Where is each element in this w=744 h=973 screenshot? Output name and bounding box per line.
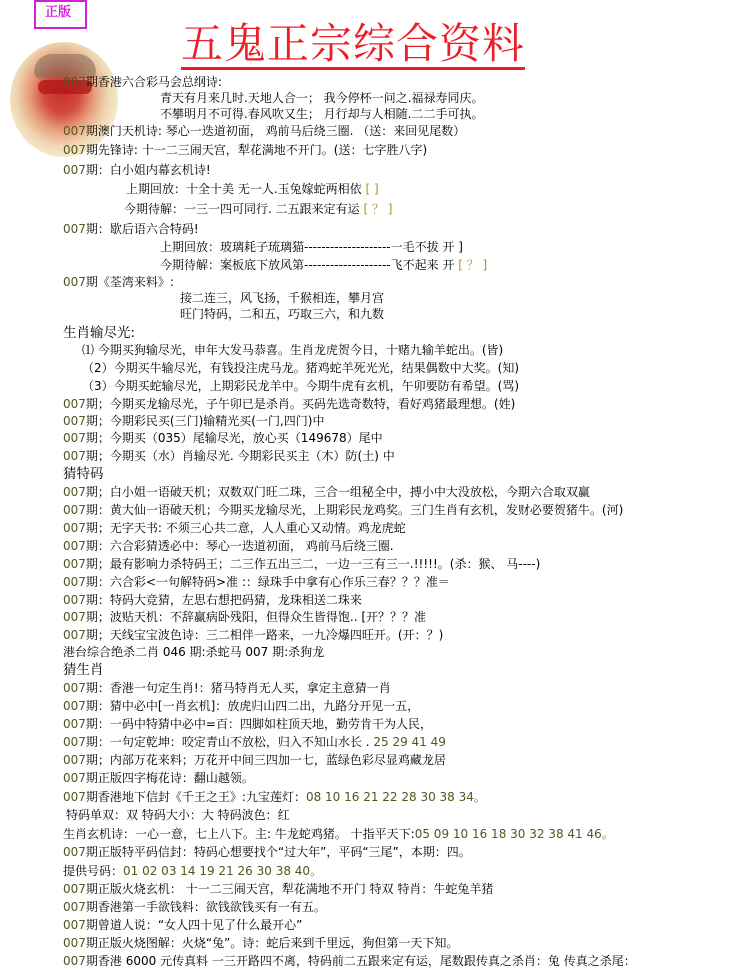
- page-title: 五鬼正宗综合资料: [181, 22, 525, 70]
- line-text: 期；今期买（035）尾输尽光，放心买（149678）尾中: [86, 431, 383, 445]
- content-line: （2）今期买牛输尽光，有钱投注虎马龙。猪鸡蛇羊死光光，结果偶数中大奖。(知): [82, 360, 519, 376]
- line-text: 期；今期彩民买(三门)输精光买(一门,四门)中: [86, 414, 325, 428]
- content-line: 007期：一码中特猜中必中=百：四脚如柱顶天地，勤劳肯干为人民，: [63, 716, 432, 732]
- issue-number: 007: [63, 936, 86, 950]
- line-text: 期正版特平码信封：特码心想要找个“过大年”，平码“三尾”，本期：四。: [86, 845, 471, 859]
- content-line: 007期曾道人说：“女人四十见了什么最开心”: [63, 917, 302, 933]
- issue-number: 007: [63, 771, 86, 785]
- line-text: 生肖玄机诗：一心一意，七上八下。主: 牛龙蛇鸡猪。 十指平天下:: [63, 827, 415, 841]
- line-text: 期曾道人说：“女人四十见了什么最开心”: [86, 918, 302, 932]
- content-line: 007期香港第一手欲钱料：欲钱欲钱买有一有五。: [63, 899, 326, 915]
- issue-number: 007: [63, 610, 86, 624]
- line-text: 港台综合绝杀二肖 046 期:杀蛇马 007 期:杀狗龙: [63, 645, 324, 659]
- issue-number: 007: [63, 397, 86, 411]
- answer-bracket: [ ？ ]: [363, 202, 392, 216]
- issue-number: 007: [63, 900, 86, 914]
- issue-number: 007: [63, 222, 86, 236]
- content-line: 007期；今期彩民买(三门)输精光买(一门,四门)中: [63, 413, 324, 429]
- issue-number: 007: [63, 628, 86, 642]
- line-text: 期：一句定乾坤：咬定青山不放松，归入不知山水长 .: [86, 735, 370, 749]
- content-line: 今期待解：案板底下放风第--------------------飞不起来 开 […: [160, 257, 487, 273]
- content-line: 不攀明月不可得.春风吹又生； 月行却与人相随.二二手可执。: [160, 106, 483, 122]
- line-text: 期澳门天机诗: 琴心一迭道初面， 鸡前马后绕三圈. （送：来回见尾数）: [86, 124, 465, 138]
- number-list: 25 29 41 49: [370, 735, 446, 749]
- issue-number: 007: [63, 918, 86, 932]
- line-text: （2）今期买牛输尽光，有钱投注虎马龙。猪鸡蛇羊死光光，结果偶数中大奖。(知): [82, 361, 519, 375]
- content-line: 007期：歇后语六合特码!: [63, 221, 199, 237]
- line-text: 期：黄大仙一语破天机；今期买龙输尽光，上期彩民龙鸡奖。三门生肖有玄机，发财必要贺…: [86, 503, 623, 517]
- line-text: 上期回放：十全十美 无一人.玉兔嫁蛇两相依: [126, 182, 365, 196]
- edition-badge: 正版: [34, 0, 87, 29]
- number-list: 01 02 03 14 19 21 26 30 38 40。: [123, 864, 322, 878]
- line-text: 提供号码：: [63, 864, 123, 878]
- content-line: 特码单双：双 特码大小：大 特码波色：红: [66, 807, 290, 823]
- content-line: 007期；今期买（035）尾输尽光，放心买（149678）尾中: [63, 430, 383, 446]
- issue-number: 007: [63, 503, 86, 517]
- line-text: 期正版四字梅花诗：翻山越领。: [86, 771, 254, 785]
- line-text: 今期待解：案板底下放风第--------------------飞不起来 开: [160, 258, 458, 272]
- answer-bracket: [ ？ ]: [458, 258, 487, 272]
- content-line: 007期：六合彩<一句解特码>准 :：绿珠手中拿有心作乐三春？？？准＝: [63, 574, 450, 590]
- content-line: 007期；内部万花来料；万花开中间三四加一七，蓝绿色彩尽显鸡藏龙居: [63, 752, 446, 768]
- issue-number: 007: [63, 414, 86, 428]
- section-heading: 猜生肖: [63, 662, 104, 678]
- avatar: [10, 42, 118, 157]
- line-text: 猜生肖: [63, 662, 104, 678]
- issue-number: 007: [63, 845, 86, 859]
- line-text: 今期待解：一三一四可同行. 二五跟来定有运: [124, 202, 363, 216]
- line-text: 青天有月来几时.天地人合一； 我今停杯一问之.福禄寿同庆。: [160, 91, 483, 105]
- line-text: 期：猜中必中[一肖玄机]：放虎归山四二出，九路分开见一五，: [86, 699, 419, 713]
- section-heading: 猜特码: [63, 466, 104, 482]
- issue-number: 007: [63, 882, 86, 896]
- line-text: 期先锋诗: 十一二三闹天宫，犁花满地不开门。(送：七字胜八字): [86, 143, 427, 157]
- content-line: 今期待解：一三一四可同行. 二五跟来定有运 [ ？ ]: [124, 201, 392, 217]
- issue-number: 007: [63, 275, 86, 289]
- content-line: 007期；白小姐一语破天机；双数双门旺二珠，三合一组秘全中，搏小中大没放松，今期…: [63, 484, 590, 500]
- content-line: 007期；最有影响力杀特码王；二三作五出三二，一边一三有三一.!!!!!。(杀：…: [63, 556, 540, 572]
- line-text: 期：香港一句定生肖!：猪马特肖无人买，拿定主意猜一肖: [86, 681, 391, 695]
- issue-number: 007: [63, 163, 86, 177]
- content-line: 提供号码：01 02 03 14 19 21 26 30 38 40。: [63, 863, 322, 879]
- line-text: 接二连三，风飞扬，千猴相连，攀月宫: [180, 291, 384, 305]
- content-line: 港台综合绝杀二肖 046 期:杀蛇马 007 期:杀狗龙: [63, 644, 324, 660]
- content-line: ⑴ 今期买狗输尽光，申年大发马恭喜。生肖龙虎贺今日，十赌九输羊蛇出。(皆): [82, 342, 503, 358]
- content-line: 接二连三，风飞扬，千猴相连，攀月宫: [180, 290, 384, 306]
- content-line: 007期：特码大竞猜，左思右想把码猜，龙珠相送二珠来: [63, 592, 362, 608]
- line-text: 生肖输尽光:: [63, 325, 135, 341]
- content-line: （3）今期买蛇输尽光，上期彩民龙羊中。今期牛虎有玄机，午卯要防有希望。(骂): [82, 378, 519, 394]
- content-line: 007期；今期买龙输尽光，子午卯已是杀肖。买码先选奇数特，看好鸡猪最理想。(姓): [63, 396, 515, 412]
- content-line: 旺门特码，二和五，巧取三六，和九数: [180, 306, 384, 322]
- content-line: 007期正版火烧图解：火烧“兔”。诗：蛇后来到千里远，狗但第一天下知。: [63, 935, 458, 951]
- answer-bracket: [ ]: [365, 182, 378, 196]
- line-text: 不攀明月不可得.春风吹又生； 月行却与人相随.二二手可执。: [160, 107, 483, 121]
- content-line: 007期：香港一句定生肖!：猪马特肖无人买，拿定主意猜一肖: [63, 680, 391, 696]
- line-text: 期香港六合彩马会总纲诗:: [86, 75, 222, 89]
- issue-number: 007: [63, 593, 86, 607]
- content-line: 007期香港六合彩马会总纲诗:: [63, 74, 222, 90]
- edition-badge-label: 正版: [45, 5, 71, 20]
- issue-number: 007: [63, 575, 86, 589]
- content-line: 007期；波贴天机：不辞赢病卧残阳，但得众生皆得饱.. [开？？？准: [63, 609, 426, 625]
- line-text: 期香港地下信封《千王之王》:九宝莲灯：: [86, 790, 306, 804]
- line-text: 期；内部万花来料；万花开中间三四加一七，蓝绿色彩尽显鸡藏龙居: [86, 753, 446, 767]
- line-text: 期；无字天书: 不须三心共二意，人人重心又动情。鸡龙虎蛇: [86, 521, 406, 535]
- content-line: 007期正版四字梅花诗：翻山越领。: [63, 770, 254, 786]
- issue-number: 007: [63, 735, 86, 749]
- content-line: 007期：猜中必中[一肖玄机]：放虎归山四二出，九路分开见一五，: [63, 698, 419, 714]
- line-text: 上期回放：玻璃耗子琉璃猫--------------------一毛不拔 开 ]: [160, 240, 463, 254]
- content-line: 007期：六合彩猜透必中：琴心一迭道初面， 鸡前马后绕三圈.: [63, 538, 394, 554]
- issue-number: 007: [63, 75, 86, 89]
- content-line: 007期；今期买（水）肖输尽光. 今期彩民买主（木）防(土) 中: [63, 448, 395, 464]
- line-text: （3）今期买蛇输尽光，上期彩民龙羊中。今期牛虎有玄机，午卯要防有希望。(骂): [82, 379, 519, 393]
- content-line: 007期：白小姐内幕玄机诗!: [63, 162, 211, 178]
- line-text: 期香港第一手欲钱料：欲钱欲钱买有一有五。: [86, 900, 326, 914]
- line-text: ⑴ 今期买狗输尽光，申年大发马恭喜。生肖龙虎贺今日，十赌九输羊蛇出。(皆): [82, 343, 503, 357]
- content-line: 007期正版特平码信封：特码心想要找个“过大年”，平码“三尾”，本期：四。: [63, 844, 471, 860]
- content-line: 007期澳门天机诗: 琴心一迭道初面， 鸡前马后绕三圈. （送：来回见尾数）: [63, 123, 465, 139]
- content-line: 007期香港 6000 元传真料 一三开路四不离，特码前二五跟来定有运，尾数跟传…: [63, 953, 636, 969]
- issue-number: 007: [63, 753, 86, 767]
- line-text: 期：特码大竞猜，左思右想把码猜，龙珠相送二珠来: [86, 593, 362, 607]
- line-text: 特码单双：双 特码大小：大 特码波色：红: [66, 808, 290, 822]
- content-line: 007期；无字天书: 不须三心共二意，人人重心又动情。鸡龙虎蛇: [63, 520, 406, 536]
- content-line: 007期：一句定乾坤：咬定青山不放松，归入不知山水长 . 25 29 41 49: [63, 734, 446, 750]
- issue-number: 007: [63, 699, 86, 713]
- line-text: 期：六合彩猜透必中：琴心一迭道初面， 鸡前马后绕三圈.: [86, 539, 394, 553]
- content-line: 上期回放：玻璃耗子琉璃猫--------------------一毛不拔 开 ]: [160, 239, 463, 255]
- line-text: 期正版火烧图解：火烧“兔”。诗：蛇后来到千里远，狗但第一天下知。: [86, 936, 458, 950]
- issue-number: 007: [63, 485, 86, 499]
- issue-number: 007: [63, 143, 86, 157]
- content-line: 上期回放：十全十美 无一人.玉兔嫁蛇两相依 [ ]: [126, 181, 379, 197]
- content-line: 007期《荃湾来料》:: [63, 274, 174, 290]
- issue-number: 007: [63, 431, 86, 445]
- line-text: 期《荃湾来料》:: [86, 275, 174, 289]
- line-text: 期；最有影响力杀特码王；二三作五出三二，一边一三有三一.!!!!!。(杀：猴、 …: [86, 557, 540, 571]
- issue-number: 007: [63, 521, 86, 535]
- issue-number: 007: [63, 557, 86, 571]
- issue-number: 007: [63, 717, 86, 731]
- line-text: 期；波贴天机：不辞赢病卧残阳，但得众生皆得饱.. [开？？？准: [86, 610, 426, 624]
- line-text: 期香港 6000 元传真料 一三开路四不离，特码前二五跟来定有运，尾数跟传真之杀…: [86, 954, 636, 968]
- issue-number: 007: [63, 790, 86, 804]
- issue-number: 007: [63, 449, 86, 463]
- line-text: 期：六合彩<一句解特码>准 :：绿珠手中拿有心作乐三春？？？准＝: [86, 575, 450, 589]
- line-text: 猜特码: [63, 466, 104, 482]
- line-text: 期：歇后语六合特码!: [86, 222, 199, 236]
- issue-number: 007: [63, 681, 86, 695]
- line-text: 期：白小姐内幕玄机诗!: [86, 163, 211, 177]
- line-text: 期：一码中特猜中必中=百：四脚如柱顶天地，勤劳肯干为人民，: [86, 717, 432, 731]
- issue-number: 007: [63, 539, 86, 553]
- content-line: 007期正版火烧玄机： 十一二三闹天宫，犁花满地不开门 特双 特肖：牛蛇兔羊猪: [63, 881, 493, 897]
- content-line: 生肖玄机诗：一心一意，七上八下。主: 牛龙蛇鸡猪。 十指平天下:05 09 10…: [63, 826, 614, 842]
- issue-number: 007: [63, 124, 86, 138]
- issue-number: 007: [63, 954, 86, 968]
- line-text: 期正版火烧玄机： 十一二三闹天宫，犁花满地不开门 特双 特肖：牛蛇兔羊猪: [86, 882, 493, 896]
- line-text: 期；今期买龙输尽光，子午卯已是杀肖。买码先选奇数特，看好鸡猪最理想。(姓): [86, 397, 515, 411]
- number-list: 05 09 10 16 18 30 32 38 41 46。: [415, 827, 614, 841]
- content-line: 007期：黄大仙一语破天机；今期买龙输尽光，上期彩民龙鸡奖。三门生肖有玄机，发财…: [63, 502, 623, 518]
- line-text: 期；天线宝宝波色诗：三二相伴一路来，一九冷爆四旺开。(开：？): [86, 628, 443, 642]
- line-text: 期；白小姐一语破天机；双数双门旺二珠，三合一组秘全中，搏小中大没放松，今期六合取…: [86, 485, 590, 499]
- section-heading: 生肖输尽光:: [63, 325, 135, 341]
- line-text: 期；今期买（水）肖输尽光. 今期彩民买主（木）防(土) 中: [86, 449, 395, 463]
- number-list: 08 10 16 21 22 28 30 38 34。: [306, 790, 486, 804]
- content-line: 007期香港地下信封《千王之王》:九宝莲灯：08 10 16 21 22 28 …: [63, 789, 486, 805]
- content-line: 007期；天线宝宝波色诗：三二相伴一路来，一九冷爆四旺开。(开：？): [63, 627, 443, 643]
- content-line: 007期先锋诗: 十一二三闹天宫，犁花满地不开门。(送：七字胜八字): [63, 142, 427, 158]
- content-line: 青天有月来几时.天地人合一； 我今停杯一问之.福禄寿同庆。: [160, 90, 483, 106]
- line-text: 旺门特码，二和五，巧取三六，和九数: [180, 307, 384, 321]
